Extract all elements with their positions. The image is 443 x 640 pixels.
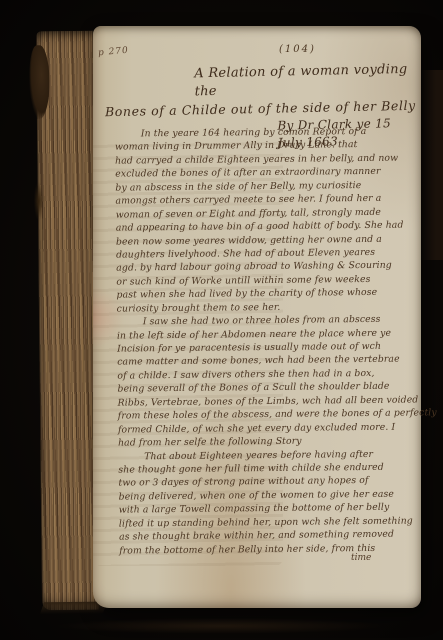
book-cover-edge: [420, 70, 443, 260]
manuscript-page: p 270 (104) A Relation of a woman voydin…: [93, 26, 421, 608]
paragraph: That about Eighteen yeares before having…: [118, 447, 421, 558]
page-annotation: p 270: [98, 46, 130, 59]
paragraph: In the yeare 164 hearing by comon Report…: [115, 124, 419, 315]
body-text: In the yeare 164 hearing by comon Report…: [115, 124, 421, 557]
folio-number: (104): [279, 44, 316, 55]
edge-nick: [34, 181, 44, 221]
manuscript-line: from the bottome of her Belly into her s…: [119, 541, 421, 558]
manuscript-photograph: p 270 (104) A Relation of a woman voydin…: [0, 0, 443, 640]
title-line-1: A Relation of a woman voyding the: [194, 61, 417, 102]
edge-corner-damage: [29, 45, 50, 119]
book-shadow: [55, 618, 385, 634]
book-page-edges: [36, 31, 99, 611]
catchword: time: [351, 553, 371, 563]
paragraph: I saw she had two or three holes from an…: [117, 313, 420, 451]
